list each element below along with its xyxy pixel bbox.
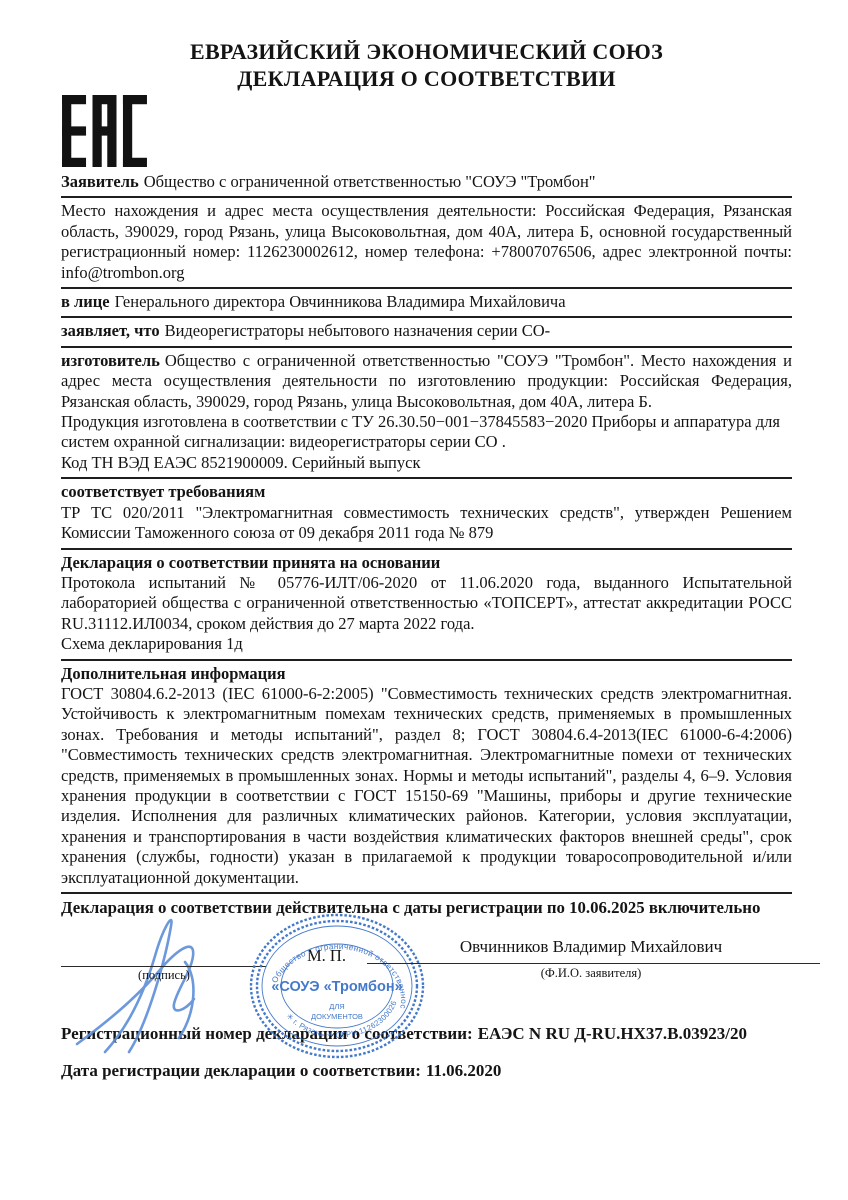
applicant-fio-name: Овчинников Владимир Михайлович [391, 937, 791, 957]
applicant-label: Заявитель [61, 172, 139, 191]
company-stamp: Общество с ограниченной ответственностью… [247, 911, 427, 1061]
row-in-person: в лицеГенерального директора Овчинникова… [61, 289, 792, 318]
in-person-value: Генерального директора Овчинникова Влади… [115, 292, 566, 311]
registration-date-label: Дата регистрации декларации о соответств… [61, 1061, 421, 1080]
row-complies: соответствует требованиям ТР ТС 020/2011… [61, 479, 792, 549]
row-additional-info: Дополнительная информация ГОСТ 30804.6.2… [61, 661, 792, 894]
declaration-table: ЗаявительОбщество с ограниченной ответст… [61, 169, 792, 920]
fio-caption: (Ф.И.О. заявителя) [391, 966, 791, 981]
title-line-declaration: ДЕКЛАРАЦИЯ О СООТВЕТСТВИИ [61, 65, 792, 92]
stamp-company-name: «СОУЭ «Тромбон» [271, 979, 402, 995]
declares-label: заявляет, что [61, 321, 160, 340]
additional-heading: Дополнительная информация [61, 664, 792, 684]
applicant-value: Общество с ограниченной ответственностью… [144, 172, 596, 191]
declaration-of-conformity-document: ЕВРАЗИЙСКИЙ ЭКОНОМИЧЕСКИЙ СОЮЗ ДЕКЛАРАЦИ… [0, 0, 848, 1200]
row-basis: Декларация о соответствии принята на осн… [61, 550, 792, 661]
address-text: Место нахождения и адрес места осуществл… [61, 201, 792, 283]
basis-heading: Декларация о соответствии принята на осн… [61, 553, 792, 573]
manufacturer-label: изготовитель [61, 351, 160, 370]
row-address: Место нахождения и адрес места осуществл… [61, 198, 792, 289]
registration-date-value: 11.06.2020 [426, 1061, 502, 1080]
fio-line [367, 963, 820, 964]
basis-text: Протокола испытаний № 05776-ИЛТ/06-2020 … [61, 573, 792, 634]
manufacturer-value: Общество с ограниченной ответственностью… [61, 351, 792, 411]
title-line-union: ЕВРАЗИЙСКИЙ ЭКОНОМИЧЕСКИЙ СОЮЗ [61, 38, 792, 65]
signature-caption: (подпись) [89, 968, 239, 983]
declares-value: Видеорегистраторы небытового назначения … [165, 321, 551, 340]
stamp-purpose-line2: ДОКУМЕНТОВ [311, 1012, 363, 1021]
in-person-label: в лице [61, 292, 110, 311]
additional-text: ГОСТ 30804.6.2-2013 (IEC 61000-6-2:2005)… [61, 684, 792, 888]
code-text: Код ТН ВЭД ЕАЭС 8521900009. Серийный вып… [61, 453, 792, 473]
production-text: Продукция изготовлена в соответствии с Т… [61, 412, 792, 453]
document-title: ЕВРАЗИЙСКИЙ ЭКОНОМИЧЕСКИЙ СОЮЗ ДЕКЛАРАЦИ… [61, 38, 792, 92]
signature-block: (подпись) М. П. Общество с ограниченной … [61, 920, 792, 1020]
stamp-purpose-line1: ДЛЯ [329, 1002, 344, 1011]
scheme-text: Схема декларирования 1д [61, 634, 792, 654]
complies-heading: соответствует требованиям [61, 482, 792, 502]
signature-line [61, 966, 266, 967]
eac-conformity-mark-icon [61, 95, 148, 167]
row-manufacturer: изготовительОбщество с ограниченной отве… [61, 348, 792, 479]
registration-date-line: Дата регистрации декларации о соответств… [61, 1061, 792, 1081]
row-applicant: ЗаявительОбщество с ограниченной ответст… [61, 169, 792, 198]
registration-number-value: ЕАЭС N RU Д-RU.HX37.B.03923/20 [478, 1024, 747, 1043]
complies-text: ТР ТС 020/2011 "Электромагнитная совмест… [61, 503, 792, 544]
row-declares: заявляет, чтоВидеорегистраторы небытовог… [61, 318, 792, 347]
